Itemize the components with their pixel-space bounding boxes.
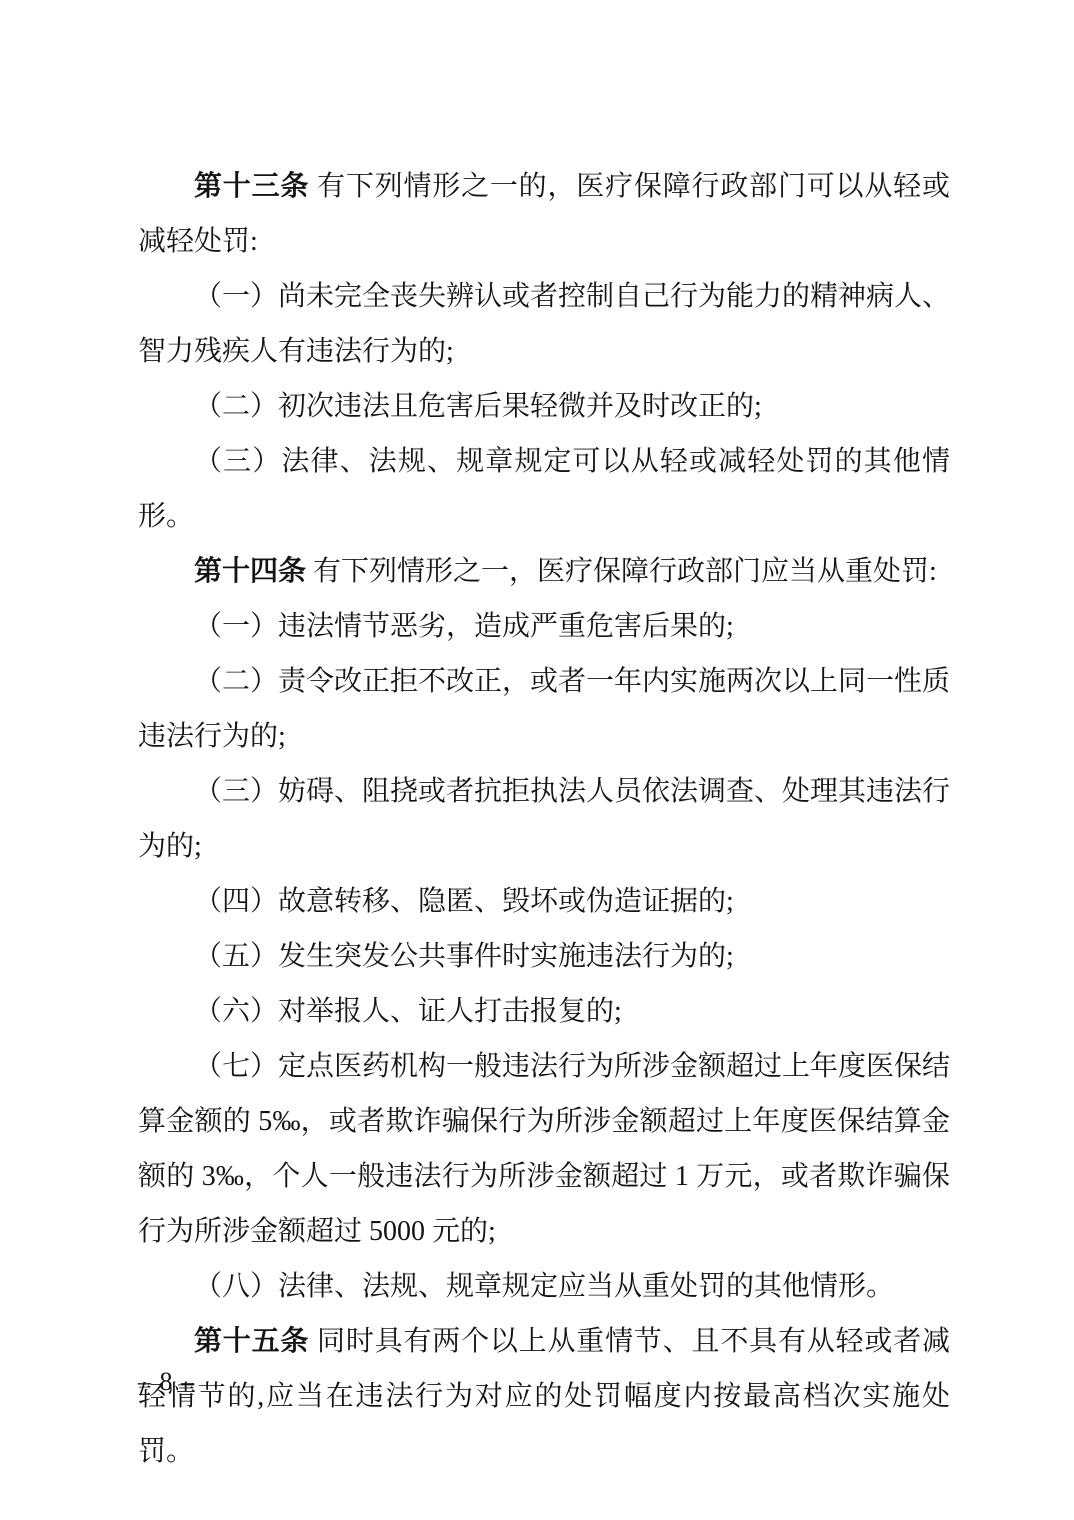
- clause-text: （八）法律、法规、规章规定应当从重处罚的其他情形。: [194, 1271, 894, 1302]
- clause-paragraph: （一）尚未完全丧失辨认或者控制自己行为能力的精神病人、智力残疾人有违法行为的;: [138, 269, 950, 379]
- article-number-15: 第十五条: [194, 1326, 309, 1357]
- article-number-14: 第十四条: [194, 556, 306, 587]
- clause-text: （一）违法情节恶劣，造成严重危害后果的;: [194, 611, 734, 642]
- clause-text: （五）发生突发公共事件时实施违法行为的;: [194, 941, 734, 972]
- article-text: 有下列情形之一，医疗保障行政部门应当从重处罚:: [306, 556, 937, 587]
- clause-paragraph: （七）定点医药机构一般违法行为所涉金额超过上年度医保结算金额的 5‰，或者欺诈骗…: [138, 1039, 950, 1259]
- article-number-13: 第十三条: [194, 171, 309, 202]
- clause-text: （七）定点医药机构一般违法行为所涉金额超过上年度医保结算金额的 5‰，或者欺诈骗…: [138, 1051, 950, 1247]
- clause-text: （三）法律、法规、规章规定可以从轻或减轻处罚的其他情形。: [138, 446, 950, 532]
- clause-text: （二）初次违法且危害后果轻微并及时改正的;: [194, 391, 762, 422]
- page-number: – 8 –: [138, 1367, 195, 1397]
- clause-paragraph: （八）法律、法规、规章规定应当从重处罚的其他情形。: [138, 1259, 950, 1314]
- clause-text: （二）责令改正拒不改正，或者一年内实施两次以上同一性质违法行为的;: [138, 666, 950, 752]
- clause-paragraph: （一）违法情节恶劣，造成严重危害后果的;: [138, 599, 950, 654]
- article-paragraph-14: 第十四条 有下列情形之一，医疗保障行政部门应当从重处罚:: [138, 544, 950, 599]
- clause-text: （四）故意转移、隐匿、毁坏或伪造证据的;: [194, 886, 734, 917]
- clause-paragraph: （二）初次违法且危害后果轻微并及时改正的;: [138, 379, 950, 434]
- article-paragraph-13: 第十三条 有下列情形之一的，医疗保障行政部门可以从轻或减轻处罚:: [138, 159, 950, 269]
- article-paragraph-15: 第十五条 同时具有两个以上从重情节、且不具有从轻或者减轻情节的,应当在违法行为对…: [138, 1314, 950, 1479]
- clause-paragraph: （四）故意转移、隐匿、毁坏或伪造证据的;: [138, 874, 950, 929]
- clause-text: （六）对举报人、证人打击报复的;: [194, 996, 622, 1027]
- clause-paragraph: （五）发生突发公共事件时实施违法行为的;: [138, 929, 950, 984]
- clause-paragraph: （六）对举报人、证人打击报复的;: [138, 984, 950, 1039]
- clause-text: （三）妨碍、阻挠或者抗拒执法人员依法调查、处理其违法行为的;: [138, 776, 950, 862]
- clause-text: （一）尚未完全丧失辨认或者控制自己行为能力的精神病人、智力残疾人有违法行为的;: [138, 281, 950, 367]
- clause-paragraph: （二）责令改正拒不改正，或者一年内实施两次以上同一性质违法行为的;: [138, 654, 950, 764]
- clause-paragraph: （三）妨碍、阻挠或者抗拒执法人员依法调查、处理其违法行为的;: [138, 764, 950, 874]
- clause-paragraph: （三）法律、法规、规章规定可以从轻或减轻处罚的其他情形。: [138, 434, 950, 544]
- document-body: 第十三条 有下列情形之一的，医疗保障行政部门可以从轻或减轻处罚: （一）尚未完全…: [138, 159, 950, 1479]
- document-page: 第十三条 有下列情形之一的，医疗保障行政部门可以从轻或减轻处罚: （一）尚未完全…: [0, 0, 1074, 1520]
